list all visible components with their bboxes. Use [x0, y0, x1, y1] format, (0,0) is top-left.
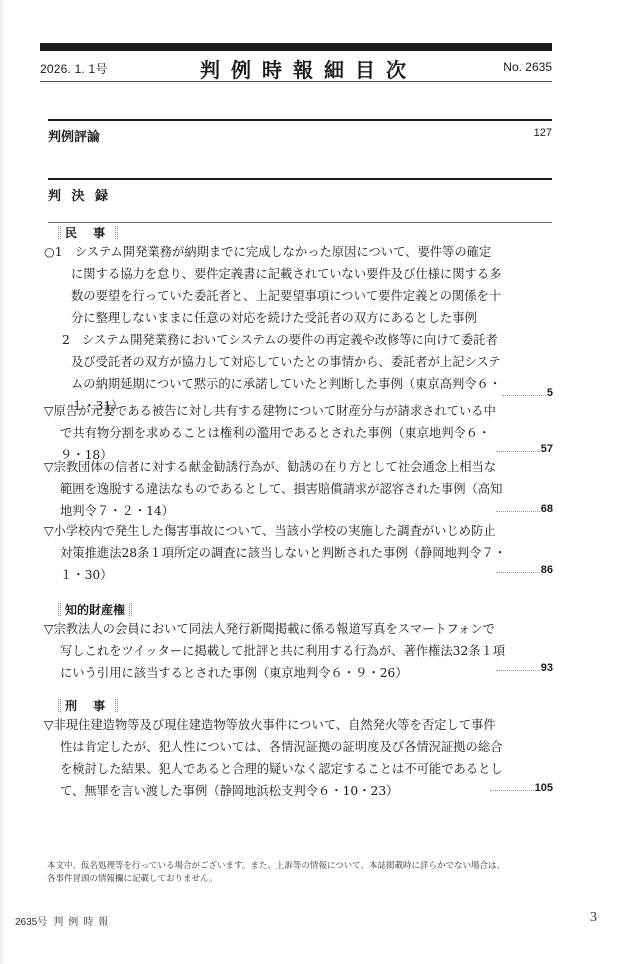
entry-ip-1[interactable]: ▽宗教法人の会員において同法人発行新聞掲載に係る報道写真をスマートフォンで 写し… [44, 618, 514, 684]
entry-line: ▽宗教法人の会員において同法人発行新聞掲載に係る報道写真をスマートフォンで [44, 618, 514, 640]
header-thick-rule [40, 43, 552, 51]
section-rule-review [48, 119, 552, 121]
page-ref-civil-1[interactable]: 5 [502, 387, 553, 399]
bracket-right-icon [129, 603, 132, 616]
note-line-2: 各事件冒頭の情報欄に記載しておりません。 [47, 873, 505, 886]
entry-criminal-1[interactable]: ▽非現住建造物等及び現住建造物等放火事件について、自然発火等を否定して事件 性は… [44, 714, 514, 802]
page-ref-ip-1[interactable]: 93 [496, 662, 553, 674]
page-header: 2026. 1. 1号 判例時報細目次 No. 2635 [40, 52, 552, 80]
dot-leader [496, 510, 540, 512]
page-number: 93 [541, 662, 553, 674]
section-title-records: 判 決 録 [48, 185, 111, 204]
entry-line: 性は肯定したが、犯人性については、各情況証拠の証明度及び各情況証拠の総合 [44, 736, 514, 758]
entry-line: ○1 システム開発業務が納期までに完成しなかった原因について、要件等の確定 [44, 241, 514, 263]
category-civil: 民 事 [58, 224, 118, 241]
entry-line: ムの納期延期について黙示的に承諾していたと判断した事例（東京高判令６・ [44, 373, 514, 395]
category-criminal: 刑 事 [58, 697, 118, 714]
issue-date: 2026. 1. 1号 [40, 60, 108, 77]
entry-line: 数の要望を行っていた委託者と、上記要望事項について要件定義との関係を十 [44, 285, 514, 307]
entry-line: 地判令７・２・14） [44, 500, 514, 522]
entry-line: 分に整理しないままに任意の対応を続けた受託者の双方にあるとした事例 [44, 307, 514, 329]
footer-issue: 2635号 [15, 917, 47, 928]
entry-line: 範囲を逸脱する違法なものであるとして、損害賠償請求が認容された事例（高知 [44, 478, 514, 500]
entry-line: を検討した結果、犯人であると合理的疑いなく認定することは不可能であるとし [44, 758, 514, 780]
entry-line: に関する協力を怠り、要件定義書に記載されていない要件及び仕様に関する多 [44, 263, 514, 285]
records-divider [48, 222, 552, 223]
entry-line: ▽非現住建造物等及び現住建造物等放火事件について、自然発火等を否定して事件 [44, 714, 514, 736]
dot-leader [496, 571, 540, 573]
footer-journal: 2635号判例時報 [15, 913, 113, 928]
page-ref-civil-4[interactable]: 86 [496, 564, 553, 576]
dot-leader [496, 669, 540, 671]
section-rule-records [48, 178, 552, 180]
page-ref-civil-2[interactable]: 57 [496, 443, 553, 455]
bracket-right-icon [115, 699, 118, 712]
bracket-left-icon [58, 603, 61, 616]
category-label: 刑 事 [65, 697, 111, 714]
category-ip: 知的財産権 [58, 601, 132, 618]
page-ref-civil-3[interactable]: 68 [496, 503, 553, 515]
bracket-left-icon [58, 226, 61, 239]
entry-line: で共有物分割を求めることは権利の濫用であるとされた事例（東京地判令６・ [44, 422, 514, 444]
page-number: 86 [541, 564, 553, 576]
page-title: 判例時報細目次 [200, 54, 417, 83]
entry-civil-1[interactable]: ○1 システム開発業務が納期までに完成しなかった原因について、要件等の確定 に関… [44, 241, 514, 417]
category-label: 知的財産権 [65, 601, 125, 618]
issue-number: No. 2635 [503, 60, 552, 74]
note-line-1: 本文中、仮名処理等を行っている場合がございます。また、上訴等の情報について、本誌… [47, 860, 505, 873]
entry-line: ▽原告が元妻である被告に対し共有する建物について財産分与が請求されている中 [44, 400, 514, 422]
entry-line: 及び受託者の双方が協力して対応していたとの事情から、委託者が上記システ [44, 351, 514, 373]
entry-line: にいう引用に該当するとされた事例（東京地判令６・９・26） [44, 662, 514, 684]
entry-civil-4[interactable]: ▽小学校内で発生した傷害事故について、当該小学校の実施した調査がいじめ防止 対策… [44, 520, 514, 586]
entry-line: １・30） [44, 564, 514, 586]
page-number: 68 [541, 503, 553, 515]
editorial-note: 本文中、仮名処理等を行っている場合がございます。また、上訴等の情報について、本誌… [47, 860, 505, 886]
page-number: 105 [535, 782, 553, 794]
section-title-review[interactable]: 判例評論 [48, 126, 100, 145]
header-thin-rule [40, 81, 552, 82]
entry-line: ▽宗教団体の信者に対する献金勧誘行為が、勧誘の在り方として社会通念上相当な [44, 456, 514, 478]
entry-line: 2 システム開発業務においてシステムの要件の再定義や改修等に向けて委託者 [44, 329, 514, 351]
dot-leader [496, 450, 540, 452]
section-page-review[interactable]: 127 [534, 127, 552, 139]
dot-leader [502, 394, 546, 396]
dot-leader [490, 789, 534, 791]
entry-line: て、無罪を言い渡した事例（静岡地浜松支判令６・10・23） [44, 780, 514, 802]
footer-journal-name: 判例時報 [53, 917, 113, 928]
entry-line: 写しこれをツイッターに掲載して批評と共に利用する行為が、著作権法32条１項 [44, 640, 514, 662]
page-ref-criminal-1[interactable]: 105 [490, 782, 553, 794]
page-edge-shadow [0, 0, 3, 964]
bracket-left-icon [58, 699, 61, 712]
page-number-footer: 3 [590, 910, 597, 926]
category-label: 民 事 [65, 224, 111, 241]
page-number: 5 [547, 387, 553, 399]
bracket-right-icon [115, 226, 118, 239]
page-number: 57 [541, 443, 553, 455]
entry-line: 対策推進法28条１項所定の調査に該当しないと判断された事例（静岡地判令７・ [44, 542, 514, 564]
entry-line: ▽小学校内で発生した傷害事故について、当該小学校の実施した調査がいじめ防止 [44, 520, 514, 542]
entry-civil-3[interactable]: ▽宗教団体の信者に対する献金勧誘行為が、勧誘の在り方として社会通念上相当な 範囲… [44, 456, 514, 522]
